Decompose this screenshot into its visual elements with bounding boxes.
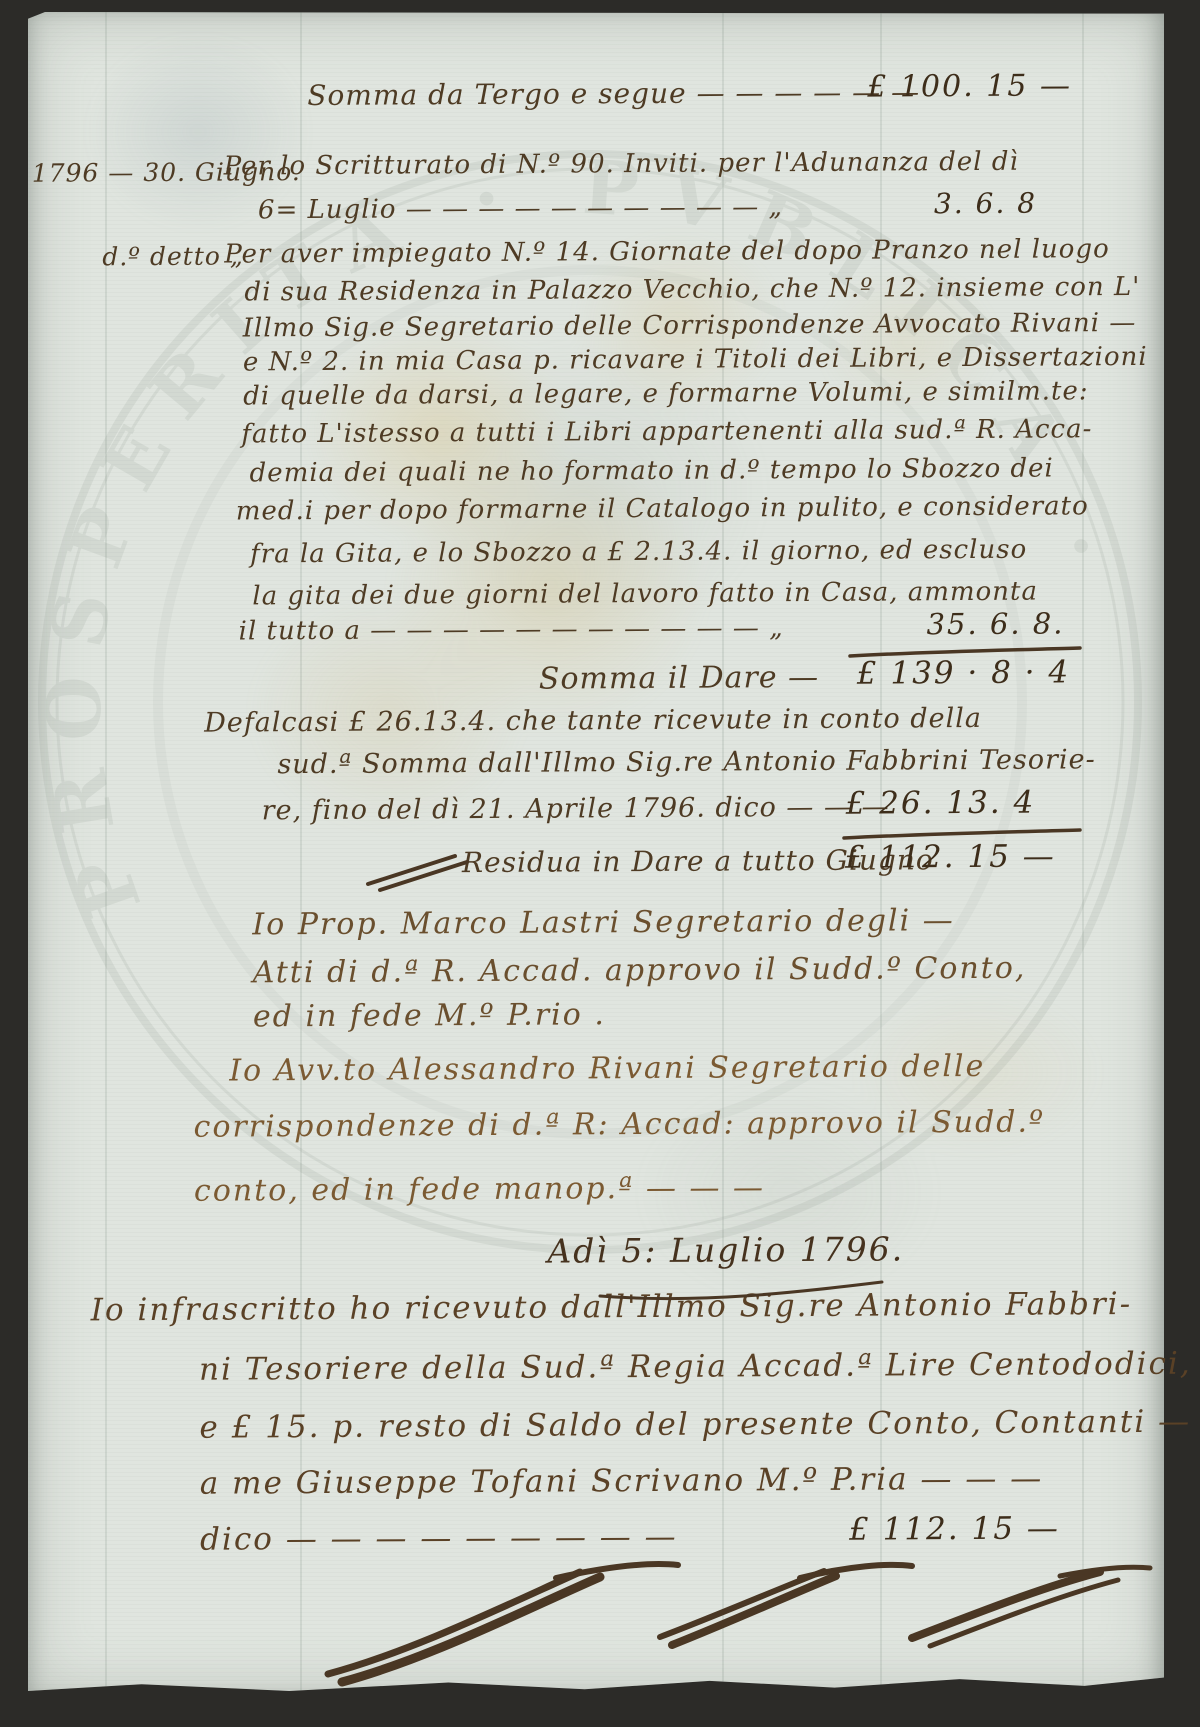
deduction-amount: £ 26. 13. 4 [846,785,1036,822]
lastri-line1: Io Prop. Marco Lastri Segretario degli — [252,903,955,942]
rivani-line2: corrispondenze di d.ª R: Accad: approvo … [193,1105,1045,1145]
receipt-date-heading: Adì 5: Luglio 1796. [547,1229,904,1270]
rivani-line1: Io Avv.to Alessandro Rivani Segretario d… [229,1049,985,1089]
entry2-line: e N.º 2. in mia Casa p. ricavare i Titol… [243,342,1148,378]
entry2-line: demia dei quali ne ho formato in d.º tem… [250,453,1054,488]
entry2-line: la gita dei due giorni del lavoro fatto … [252,577,1038,612]
receipt-line3: e £ 15. p. resto di Saldo del presente C… [199,1404,1191,1446]
receipt-dico-label: dico — — — — — — — — — [200,1519,678,1558]
receipt-line2: ni Tesoriere della Sud.ª Regia Accad.ª L… [199,1346,1192,1388]
deduction-line2: sud.ª Somma dall'Illmo Sig.re Antonio Fa… [277,744,1095,780]
lastri-line2: Atti di d.ª R. Accad. approvo il Sudd.º … [253,951,1027,991]
receipt-line4: a me Giuseppe Tofani Scrivano M.º P.ria … [200,1461,1044,1502]
lastri-line3: ed in fede M.º P.rio . [253,997,606,1034]
deduction-line1: Defalcasi £ 26.13.4. che tante ricevute … [204,703,982,739]
entry1-amount: 3. 6. 8 [934,187,1037,221]
residuo-amount: £ 112. 15 — [845,838,1056,875]
receipt-line1: Io infrascritto ho ricevuto dall'Illmo S… [91,1286,1133,1328]
photograph-backdrop: PROSPERITA · PVBLICA · Somma da Tergo e … [0,0,1200,1727]
sum-dare-amount: £ 139 · 8 · 4 [857,654,1071,691]
entry2-line: Per aver impiegato N.º 14. Giornate del … [224,234,1110,269]
deduction-line3: re, fino del dì 21. Aprile 1796. dico — … [262,791,890,826]
entry2-line: med.i per dopo formarne il Catalogo in p… [236,491,1089,526]
rivani-line3: conto, ed in fede manop.ª — — — [194,1170,765,1208]
entry2-line: fra la Gita, e lo Sbozzo a £ 2.13.4. il … [250,535,1027,570]
sum-dare-label: Somma il Dare — [539,660,819,697]
entry1-line2: 6= Luglio — — — — — — — — — — „ [258,192,783,225]
entry2-line: di sua Residenza in Palazzo Vecchio, che… [244,272,1140,307]
entry1-line1: Per lo Scritturato di N.º 90. Inviti. pe… [224,147,1019,182]
entry2-amount: 35. 6. 8. [926,606,1064,641]
receipt-dico-amount: £ 112. 15 — [849,1510,1060,1547]
entry2-line: il tutto a — — — — — — — — — — — „ [238,613,783,646]
entry2-line: fatto L'istesso a tutti i Libri apparten… [241,414,1092,449]
carryover-label: Somma da Tergo e segue — — — — — — [307,75,920,112]
entry2-line: di quelle da darsi, a legare, e formarne… [243,376,1089,411]
entry2-date: d.º detto „ [102,241,244,271]
handwriting-layer: Somma da Tergo e segue — — — — — — £ 100… [0,0,1200,1727]
carryover-amount: £ 100. 15 — [867,68,1072,104]
entry2-line: Illmo Sig.e Segretario delle Corrisponde… [243,308,1137,343]
